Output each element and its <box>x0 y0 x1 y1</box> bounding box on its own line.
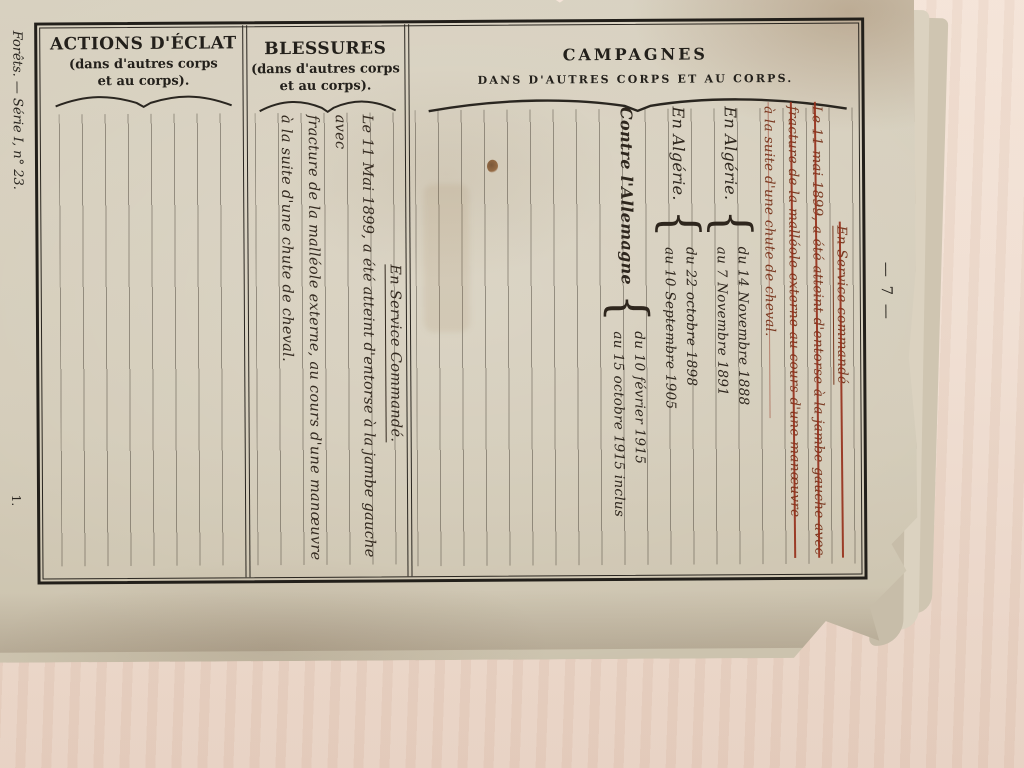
brace-glyph: { <box>654 210 705 239</box>
fold-shadow <box>0 587 898 652</box>
entry-line: Le 11 Mai 1899, a été atteint d'entorse … <box>332 114 378 557</box>
campaign-date-from: du 10 février 1915 <box>628 331 650 517</box>
campagnes-handwritten-entries: En Service commandé Le 11 mai 1899, a ét… <box>593 106 856 560</box>
column-subtitle: (dans d'autres corps <box>251 61 400 77</box>
column-title: BLESSURES <box>250 38 400 59</box>
document-page: Forêts. — Série I, n° 23. 1. — 7 — ACTIO… <box>0 0 918 663</box>
struck-entry-line: à la suite d'une chute de cheval. <box>757 106 784 558</box>
sheet-number: 1. <box>5 495 23 523</box>
campaign-place: En Algérie. <box>669 107 689 201</box>
campaign-place: Contre l'Allemagne <box>617 107 637 285</box>
column-title: ACTIONS D'ÉCLAT <box>46 33 240 54</box>
ruled-lines-actions <box>59 113 244 566</box>
campaign-date-from: du 14 Novembre 1888 <box>732 247 754 406</box>
series-imprint: Forêts. — Série I, n° 23. <box>0 31 25 245</box>
struck-entry-line: fracture de la malléole externe au cours… <box>781 106 808 558</box>
campaign-date-to: au 15 octobre 1915 inclus <box>607 331 629 517</box>
blessures-handwritten-entry: En Service Commandé. Le 11 Mai 1899, a é… <box>295 114 410 563</box>
ink-spot <box>487 160 498 173</box>
entry-heading: En Service Commandé. <box>381 264 410 562</box>
campaign-date-to: au 7 Novembre 1891 <box>711 247 733 406</box>
column-header-campagnes: CAMPAGNES DANS D'AUTRES CORPS ET AU CORP… <box>412 44 858 90</box>
page-number: — 7 — <box>870 251 896 331</box>
campaign-place: En Algérie. <box>721 106 741 200</box>
column-subtitle: DANS D'AUTRES CORPS ET AU CORPS. <box>412 70 858 90</box>
header-brace-ornament <box>53 93 235 109</box>
campaign-entry: En Algérie. { du 14 Novembre 1888au 7 No… <box>705 106 760 558</box>
struck-entry-heading: En Service commandé <box>829 226 855 558</box>
campaign-date-to: au 10 Septembre 1905 <box>659 247 681 409</box>
column-subtitle: et au corps). <box>98 74 190 90</box>
entry-line: à la suite d'une chute de cheval. <box>278 115 296 362</box>
brace-glyph: { <box>603 294 654 323</box>
column-subtitle: et au corps). <box>280 79 372 95</box>
campaign-date-from: du 22 octobre 1898 <box>680 247 702 409</box>
column-title: CAMPAGNES <box>412 44 858 66</box>
brace-glyph: { <box>706 209 757 238</box>
struck-entry-line: Le 11 mai 1899, a été atteint d'entorse … <box>805 106 832 558</box>
ink-smudge <box>423 184 470 332</box>
entry-line: fracture de la malléole externe, au cour… <box>305 115 324 561</box>
column-header-actions: ACTIONS D'ÉCLAT (dans d'autres corpset a… <box>46 33 240 90</box>
campaign-entry: Contre l'Allemagne { du 10 février 1915a… <box>601 107 656 559</box>
column-header-blessures: BLESSURES (dans d'autres corpset au corp… <box>250 38 400 95</box>
campaign-entry: En Algérie. { du 22 octobre 1898au 10 Se… <box>653 106 708 558</box>
column-subtitle: (dans d'autres corps <box>69 56 218 72</box>
